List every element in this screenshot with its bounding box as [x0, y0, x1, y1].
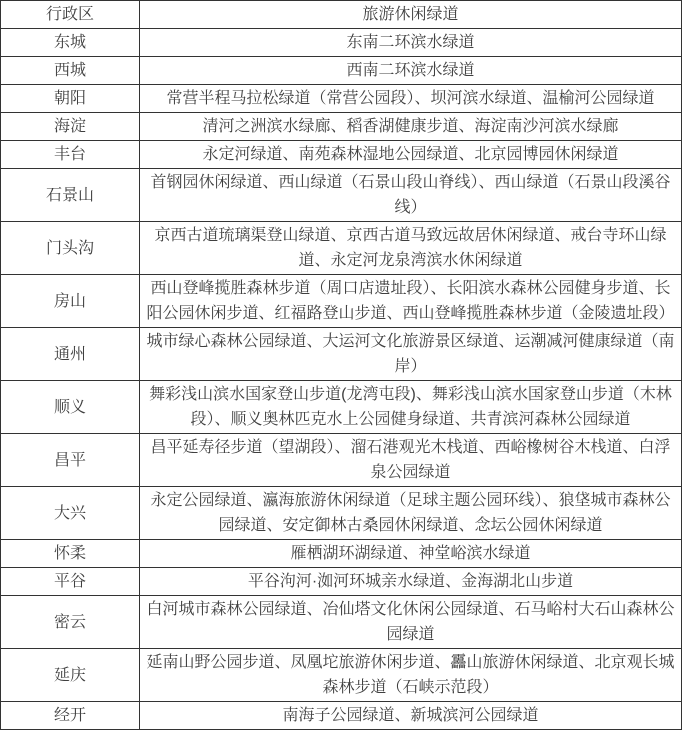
- district-cell: 海淀: [1, 113, 140, 141]
- district-column-header: 行政区: [1, 1, 140, 29]
- table-row: 怀柔雁栖湖环湖绿道、神堂峪滨水绿道: [1, 540, 682, 568]
- greenways-cell: 永定公园绿道、瀛海旅游休闲绿道（足球主题公园环线）、狼垡城市森林公园绿道、安定御…: [140, 487, 682, 540]
- district-cell: 石景山: [1, 169, 140, 222]
- table-row: 顺义舞彩浅山滨水国家登山步道(龙湾屯段)、舞彩浅山滨水国家登山步道（木林段）、顺…: [1, 381, 682, 434]
- table-row: 东城东南二环滨水绿道: [1, 29, 682, 57]
- table-header-row: 行政区 旅游休闲绿道: [1, 1, 682, 29]
- greenways-cell: 永定河绿道、南苑森林湿地公园绿道、北京园博园休闲绿道: [140, 141, 682, 169]
- district-cell: 顺义: [1, 381, 140, 434]
- district-cell: 西城: [1, 57, 140, 85]
- district-cell: 朝阳: [1, 85, 140, 113]
- table-row: 延庆延南山野公园步道、凤凰坨旅游休闲步道、靐山旅游休闲绿道、北京观长城森林步道（…: [1, 649, 682, 702]
- table-row: 海淀清河之洲滨水绿廊、稻香湖健康步道、海淀南沙河滨水绿廊: [1, 113, 682, 141]
- greenways-cell: 昌平延寿径步道（望湖段）、溜石港观光木栈道、西峪橡树谷木栈道、白浮泉公园绿道: [140, 434, 682, 487]
- district-cell: 经开: [1, 702, 140, 730]
- greenways-cell: 延南山野公园步道、凤凰坨旅游休闲步道、靐山旅游休闲绿道、北京观长城森林步道（石峡…: [140, 649, 682, 702]
- greenways-table: 行政区 旅游休闲绿道 东城东南二环滨水绿道西城西南二环滨水绿道朝阳常营半程马拉松…: [0, 0, 682, 730]
- greenways-cell: 平谷泃河·洳河环城亲水绿道、金海湖北山步道: [140, 568, 682, 596]
- district-cell: 丰台: [1, 141, 140, 169]
- greenways-cell: 西山登峰揽胜森林步道（周口店遗址段）、长阳滨水森林公园健身步道、长阳公园休闲步道…: [140, 275, 682, 328]
- district-cell: 通州: [1, 328, 140, 381]
- greenways-cell: 东南二环滨水绿道: [140, 29, 682, 57]
- greenways-cell: 南海子公园绿道、新城滨河公园绿道: [140, 702, 682, 730]
- greenways-cell: 清河之洲滨水绿廊、稻香湖健康步道、海淀南沙河滨水绿廊: [140, 113, 682, 141]
- district-cell: 怀柔: [1, 540, 140, 568]
- district-cell: 房山: [1, 275, 140, 328]
- table-row: 经开南海子公园绿道、新城滨河公园绿道: [1, 702, 682, 730]
- table-row: 昌平昌平延寿径步道（望湖段）、溜石港观光木栈道、西峪橡树谷木栈道、白浮泉公园绿道: [1, 434, 682, 487]
- table-row: 房山西山登峰揽胜森林步道（周口店遗址段）、长阳滨水森林公园健身步道、长阳公园休闲…: [1, 275, 682, 328]
- district-cell: 东城: [1, 29, 140, 57]
- greenways-cell: 首钢园休闲绿道、西山绿道（石景山段山脊线）、西山绿道（石景山段溪谷线）: [140, 169, 682, 222]
- greenways-column-header: 旅游休闲绿道: [140, 1, 682, 29]
- greenways-cell: 京西古道琉璃渠登山绿道、京西古道马致远故居休闲绿道、戒台寺环山绿道、永定河龙泉湾…: [140, 222, 682, 275]
- district-cell: 密云: [1, 596, 140, 649]
- greenways-cell: 城市绿心森林公园绿道、大运河文化旅游景区绿道、运潮减河健康绿道（南岸）: [140, 328, 682, 381]
- greenways-cell: 舞彩浅山滨水国家登山步道(龙湾屯段)、舞彩浅山滨水国家登山步道（木林段）、顺义奥…: [140, 381, 682, 434]
- district-cell: 昌平: [1, 434, 140, 487]
- table-row: 丰台永定河绿道、南苑森林湿地公园绿道、北京园博园休闲绿道: [1, 141, 682, 169]
- table-row: 石景山首钢园休闲绿道、西山绿道（石景山段山脊线）、西山绿道（石景山段溪谷线）: [1, 169, 682, 222]
- greenways-cell: 西南二环滨水绿道: [140, 57, 682, 85]
- table-row: 密云白河城市森林公园绿道、冶仙塔文化休闲公园绿道、石马峪村大石山森林公园绿道: [1, 596, 682, 649]
- table-row: 门头沟京西古道琉璃渠登山绿道、京西古道马致远故居休闲绿道、戒台寺环山绿道、永定河…: [1, 222, 682, 275]
- district-cell: 门头沟: [1, 222, 140, 275]
- table-row: 平谷平谷泃河·洳河环城亲水绿道、金海湖北山步道: [1, 568, 682, 596]
- greenways-cell: 雁栖湖环湖绿道、神堂峪滨水绿道: [140, 540, 682, 568]
- table-row: 大兴永定公园绿道、瀛海旅游休闲绿道（足球主题公园环线）、狼垡城市森林公园绿道、安…: [1, 487, 682, 540]
- district-cell: 延庆: [1, 649, 140, 702]
- district-cell: 大兴: [1, 487, 140, 540]
- greenways-cell: 白河城市森林公园绿道、冶仙塔文化休闲公园绿道、石马峪村大石山森林公园绿道: [140, 596, 682, 649]
- greenways-cell: 常营半程马拉松绿道（常营公园段）、坝河滨水绿道、温榆河公园绿道: [140, 85, 682, 113]
- table-row: 通州城市绿心森林公园绿道、大运河文化旅游景区绿道、运潮减河健康绿道（南岸）: [1, 328, 682, 381]
- table-row: 朝阳常营半程马拉松绿道（常营公园段）、坝河滨水绿道、温榆河公园绿道: [1, 85, 682, 113]
- table-row: 西城西南二环滨水绿道: [1, 57, 682, 85]
- district-cell: 平谷: [1, 568, 140, 596]
